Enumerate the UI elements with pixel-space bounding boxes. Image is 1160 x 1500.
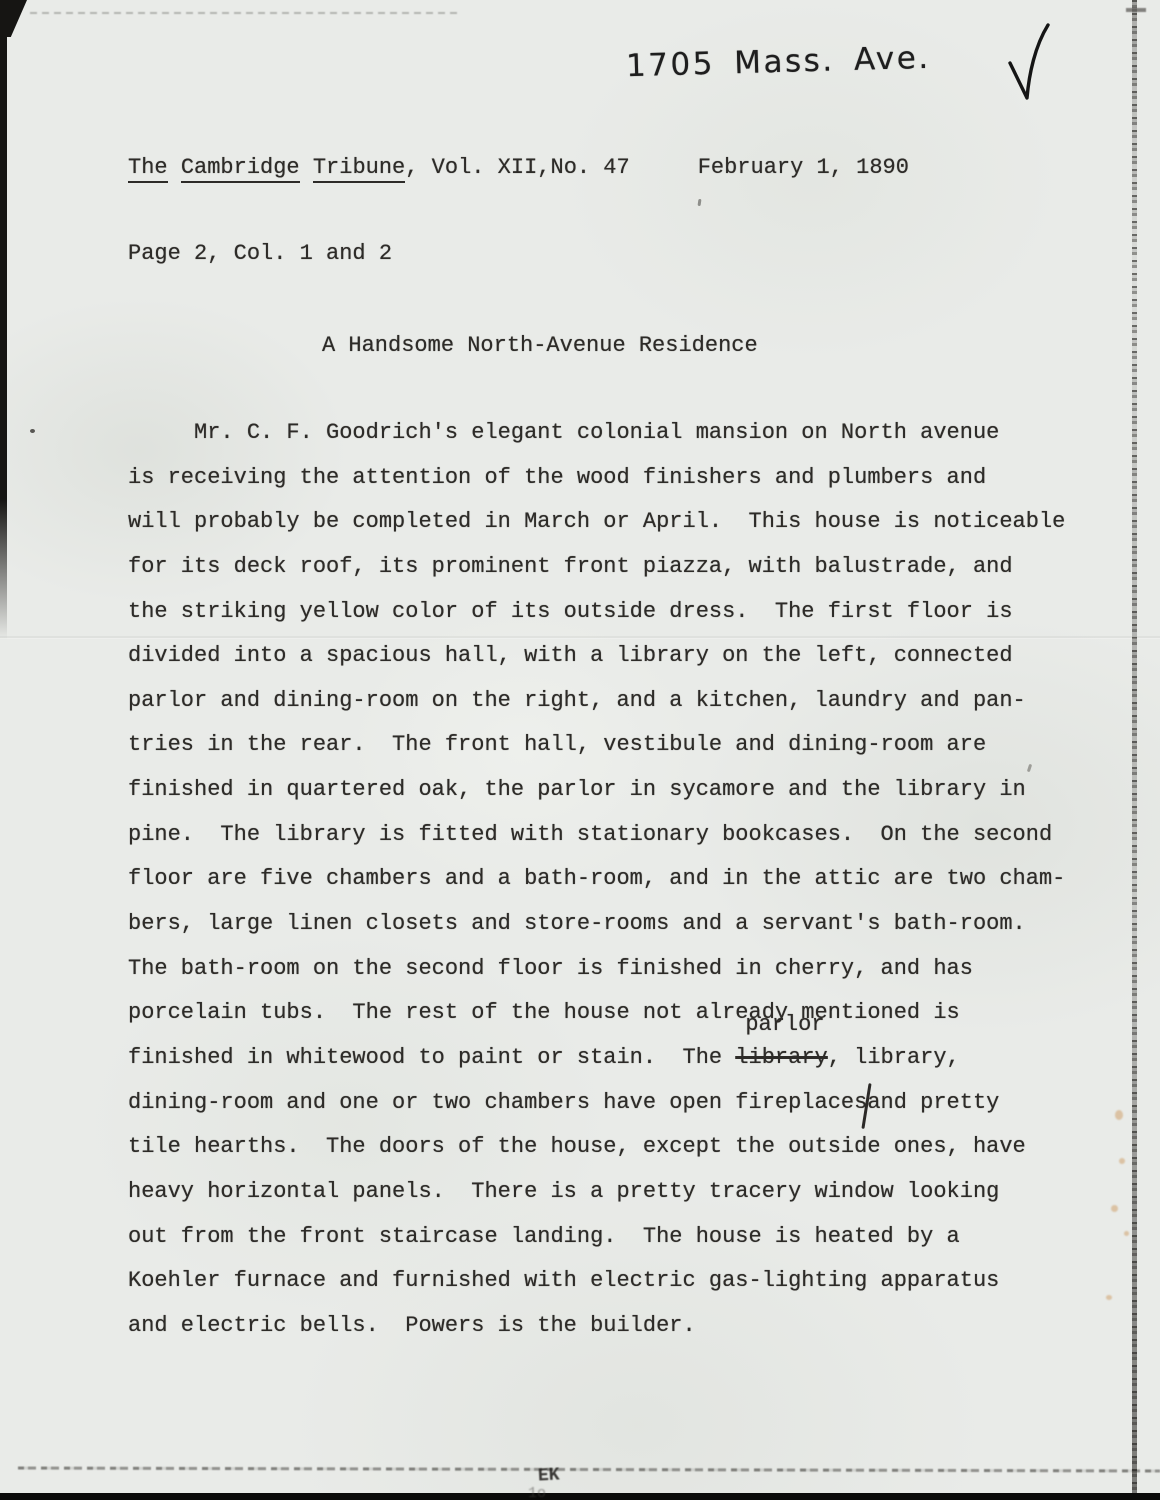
rust-stain (1115, 1110, 1123, 1120)
struck-out-word: library (735, 1045, 827, 1070)
publication-name-part: Cambridge (181, 155, 300, 183)
volume-issue: , Vol. XII,No. 47 (405, 155, 629, 180)
stray-mark (698, 199, 702, 206)
body-text-segment: finished in whitewood to paint or stain.… (128, 1045, 735, 1070)
body-line: finished in quartered oak, the parlor in… (128, 768, 1065, 813)
handwritten-address-annotation: 1705 Mass. Ave. (626, 40, 932, 84)
body-line-with-correction: finished in whitewood to paint or stain.… (128, 1036, 1065, 1081)
body-line: and electric bells. Powers is the builde… (128, 1304, 1065, 1349)
publication-date: February 1, 1890 (698, 155, 909, 180)
stray-ink-dot (30, 429, 35, 433)
bottom-stamp-smudge: EK (537, 1465, 560, 1486)
body-line: will probably be completed in March or A… (128, 500, 1065, 545)
body-line: tile hearths. The doors of the house, ex… (128, 1125, 1065, 1170)
rust-stain (1124, 1231, 1129, 1236)
rust-stain (1106, 1295, 1112, 1300)
body-line: floor are five chambers and a bath-room,… (128, 857, 1065, 902)
body-line: is receiving the attention of the wood f… (128, 456, 1065, 501)
left-corner-scan-artifact (0, 0, 27, 37)
body-line: heavy horizontal panels. There is a pret… (128, 1170, 1065, 1215)
citation-line: The Cambridge Tribune, Vol. XII,No. 47Fe… (128, 155, 909, 180)
body-text-segment: , library, (828, 1045, 960, 1070)
right-binding-scan-line (1132, 0, 1137, 1500)
article-body: Mr. C. F. Goodrich's elegant colonial ma… (128, 411, 1065, 1348)
top-edge-scan-line (30, 12, 460, 14)
body-line: for its deck roof, its prominent front p… (128, 545, 1065, 590)
body-line: pine. The library is fitted with station… (128, 813, 1065, 858)
body-line: The bath-room on the second floor is fin… (128, 947, 1065, 992)
body-line: porcelain tubs. The rest of the house no… (128, 991, 1065, 1036)
body-line: the striking yellow color of its outside… (128, 590, 1065, 635)
publication-name-part: Tribune (313, 155, 405, 183)
page-column-reference: Page 2, Col. 1 and 2 (128, 241, 392, 266)
body-line: Mr. C. F. Goodrich's elegant colonial ma… (128, 411, 1065, 456)
checkmark-icon (1006, 22, 1052, 108)
rust-stain (1119, 1158, 1125, 1164)
bottom-scan-line (18, 1467, 1160, 1473)
body-line: parlor and dining-room on the right, and… (128, 679, 1065, 724)
body-line: divided into a spacious hall, with a lib… (128, 634, 1065, 679)
scanned-document-page: 1705 Mass. Ave. The Cambridge Tribune, V… (0, 0, 1160, 1500)
inserted-correction-word: parlor (745, 1014, 824, 1036)
left-edge-scan-artifact (0, 0, 7, 640)
body-line-with-slash: dining-room and one or two chambers have… (128, 1081, 1065, 1126)
correction-wrap: libraryparlor (735, 1036, 827, 1081)
article-title: A Handsome North-Avenue Residence (322, 333, 758, 358)
body-line: bers, large linen closets and store-room… (128, 902, 1065, 947)
bottom-stamp-smudge-secondary: 1o (528, 1485, 546, 1500)
body-line: tries in the rear. The front hall, vesti… (128, 723, 1065, 768)
rust-stain (1111, 1205, 1118, 1212)
body-text-segment: dining-room and one or two chambers have… (128, 1090, 867, 1115)
publication-name-part: The (128, 155, 168, 183)
body-text-segment: and pretty (867, 1090, 999, 1115)
body-line: out from the front staircase landing. Th… (128, 1215, 1065, 1260)
body-line: Koehler furnace and furnished with elect… (128, 1259, 1065, 1304)
bottom-edge-scan-bar (0, 1493, 1160, 1500)
